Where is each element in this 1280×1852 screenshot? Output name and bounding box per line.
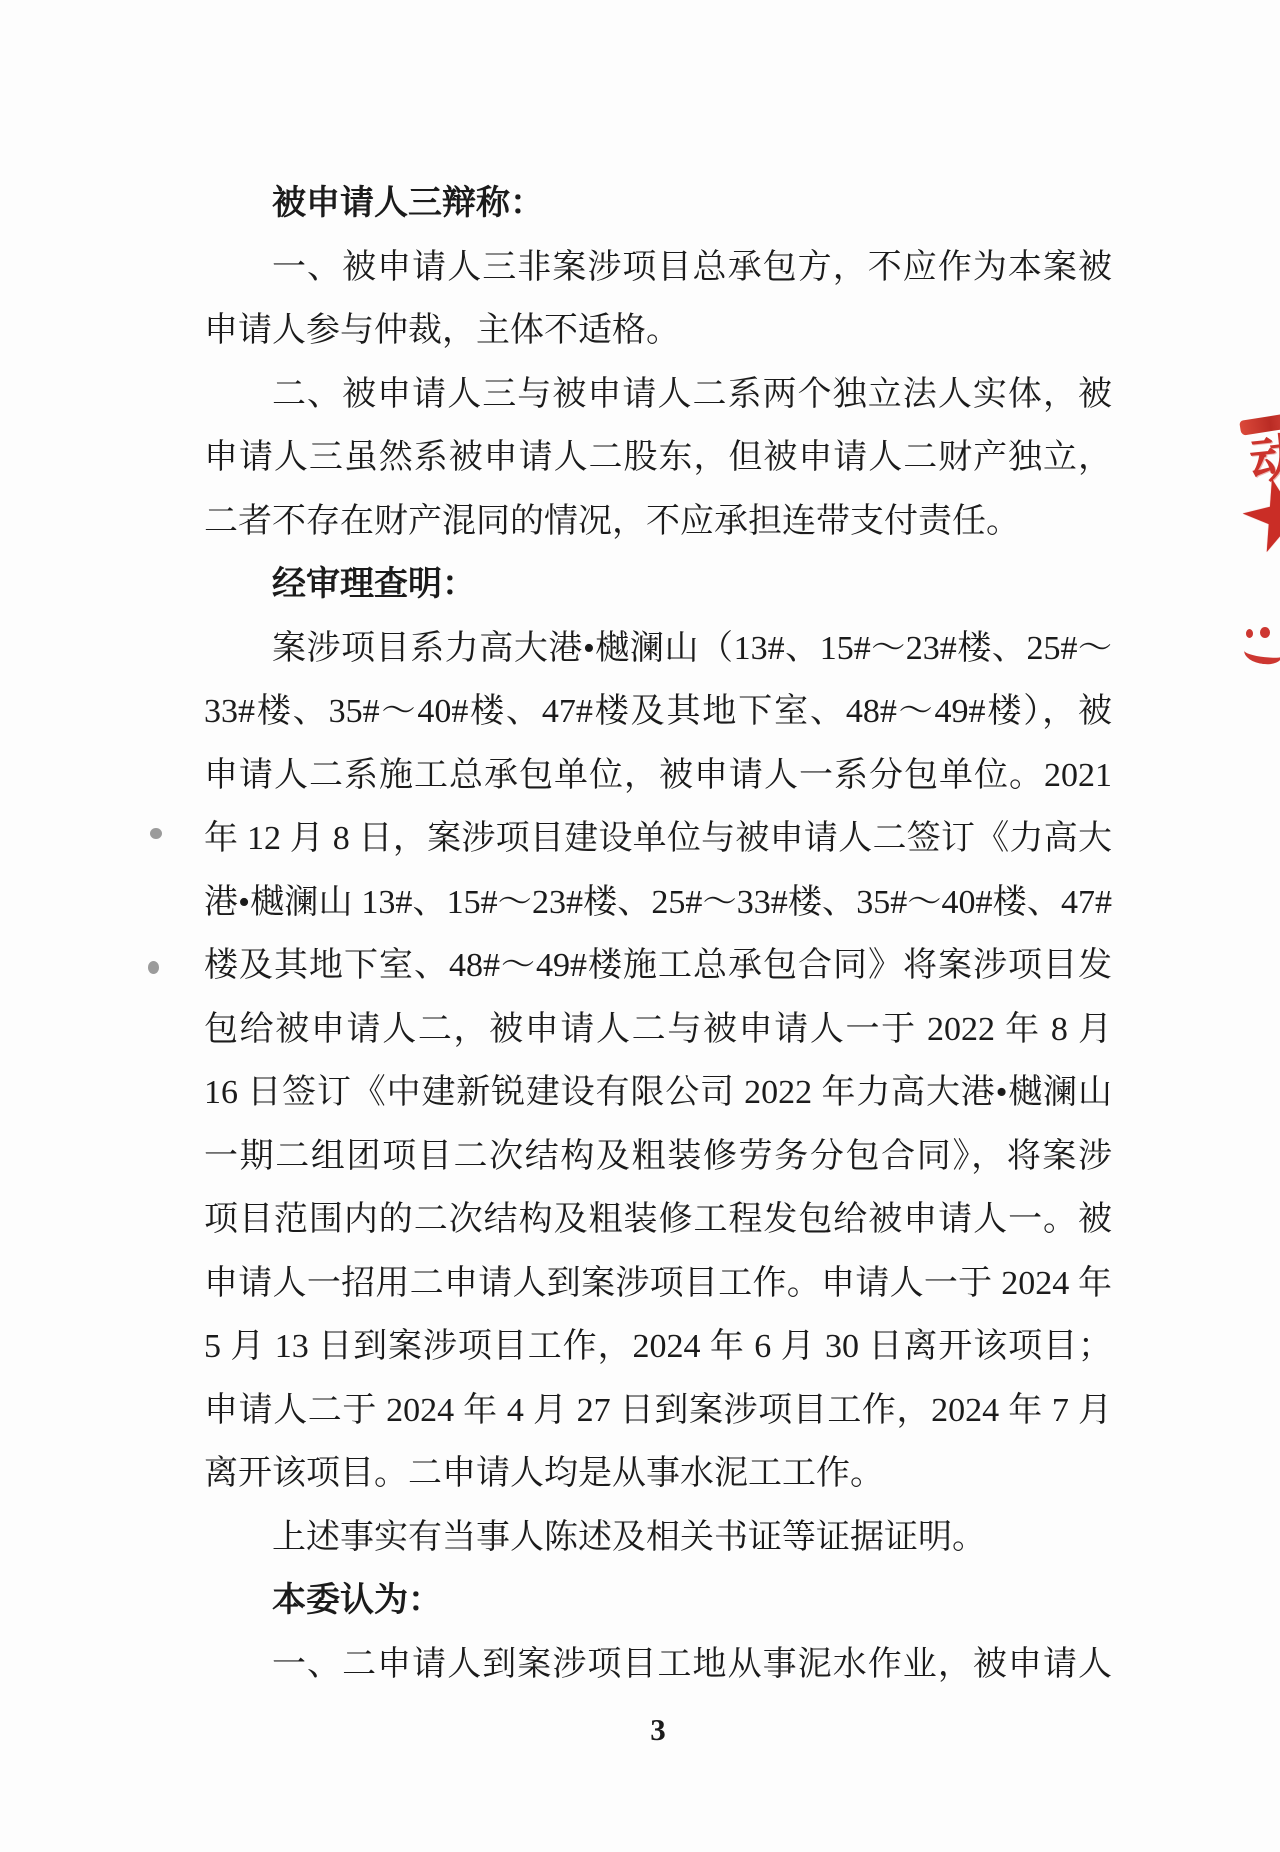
stamp-star-icon: ★	[1228, 458, 1280, 572]
scan-ink-speck	[150, 828, 162, 839]
text-line: 本委认为：	[204, 1569, 1112, 1633]
stamp-ink-marks	[1244, 627, 1280, 663]
scan-ink-speck	[148, 961, 159, 974]
text-line: 楼及其地下室、48#～49#楼施工总承包合同》将案涉项目发	[204, 934, 1112, 998]
text-line: 经审理查明：	[204, 553, 1112, 617]
text-line: 申请人二于 2024 年 4 月 27 日到案涉项目工作，2024 年 7 月	[204, 1379, 1112, 1443]
text-line: 二者不存在财产混同的情况，不应承担连带支付责任。	[204, 490, 1112, 554]
text-line: 年 12 月 8 日，案涉项目建设单位与被申请人二签订《力高大	[204, 807, 1112, 871]
official-seal-stamp: 动 ★	[1210, 405, 1280, 685]
stamp-ink-curve	[1243, 641, 1280, 666]
text-line: 16 日签订《中建新锐建设有限公司 2022 年力高大港•樾澜山	[204, 1061, 1112, 1125]
stamp-ink-dot	[1246, 629, 1253, 638]
text-line: 申请人二系施工总承包单位，被申请人一系分包单位。2021	[204, 744, 1112, 808]
text-line: 申请人一招用二申请人到案涉项目工作。申请人一于 2024 年	[204, 1252, 1112, 1316]
document-page: 被申请人三辩称：一、被申请人三非案涉项目总承包方，不应作为本案被申请人参与仲裁，…	[0, 0, 1280, 1852]
stamp-ink-dot	[1260, 627, 1270, 638]
text-line: 案涉项目系力高大港•樾澜山（13#、15#～23#楼、25#～	[204, 617, 1112, 681]
page-number: 3	[204, 1712, 1112, 1748]
text-line: 5 月 13 日到案涉项目工作，2024 年 6 月 30 日离开该项目；	[204, 1315, 1112, 1379]
text-line: 一、被申请人三非案涉项目总承包方，不应作为本案被	[204, 236, 1112, 300]
text-line: 离开该项目。二申请人均是从事水泥工工作。	[204, 1442, 1112, 1506]
document-body: 被申请人三辩称：一、被申请人三非案涉项目总承包方，不应作为本案被申请人参与仲裁，…	[204, 172, 1112, 1696]
text-line: 一、二申请人到案涉项目工地从事泥水作业，被申请人	[204, 1633, 1112, 1697]
text-line: 被申请人三辩称：	[204, 172, 1112, 236]
text-line: 33#楼、35#～40#楼、47#楼及其地下室、48#～49#楼），被	[204, 680, 1112, 744]
text-line: 申请人参与仲裁，主体不适格。	[204, 299, 1112, 363]
text-line: 二、被申请人三与被申请人二系两个独立法人实体，被	[204, 363, 1112, 427]
text-line: 上述事实有当事人陈述及相关书证等证据证明。	[204, 1506, 1112, 1570]
text-line: 一期二组团项目二次结构及粗装修劳务分包合同》，将案涉	[204, 1125, 1112, 1189]
text-line: 包给被申请人二，被申请人二与被申请人一于 2022 年 8 月	[204, 998, 1112, 1062]
text-line: 港•樾澜山 13#、15#～23#楼、25#～33#楼、35#～40#楼、47#	[204, 871, 1112, 935]
text-line: 申请人三虽然系被申请人二股东，但被申请人二财产独立，	[204, 426, 1112, 490]
text-line: 项目范围内的二次结构及粗装修工程发包给被申请人一。被	[204, 1188, 1112, 1252]
